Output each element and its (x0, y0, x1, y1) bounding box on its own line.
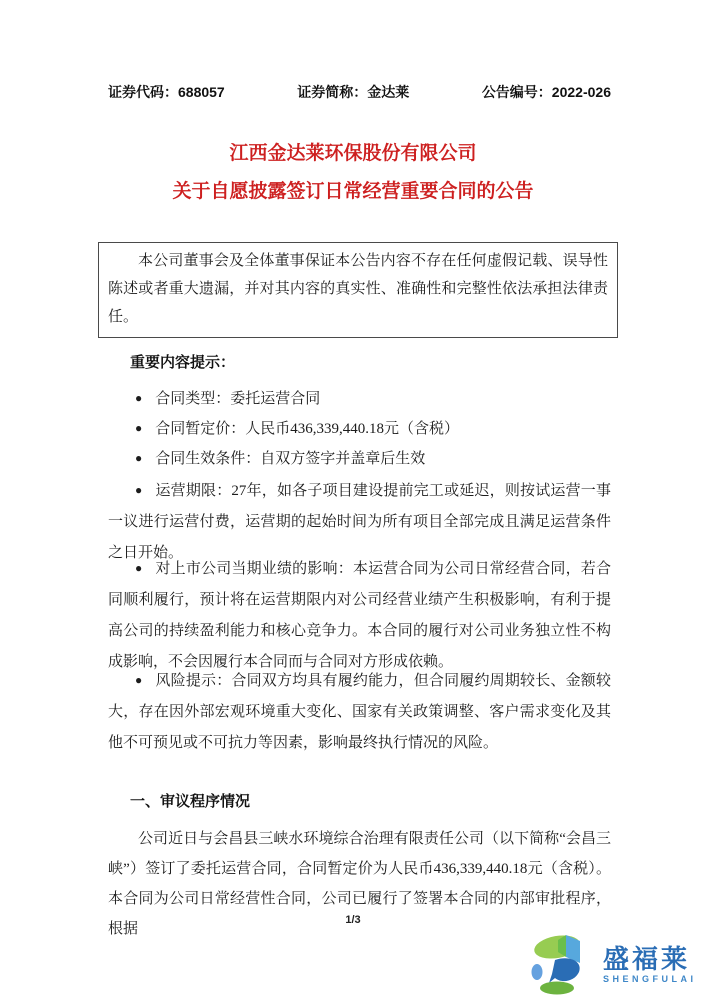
stock-short-name: 证券简称：金达莱 (297, 82, 409, 102)
bullet-contract-type-text: 合同类型：委托运营合同 (155, 391, 320, 407)
hint-bullet-list: ●合同类型：委托运营合同 ●合同暂定价：人民币436,339,440.18元（含… (108, 383, 611, 473)
announcement-subject-title: 关于自愿披露签订日常经营重要合同的公告 (0, 173, 706, 211)
shengfulai-watermark-logo: 盛福莱 SHENGFULAI (527, 932, 697, 996)
page-number: 1/3 (0, 914, 706, 926)
bullet-contract-price-text: 合同暂定价：人民币436,339,440.18元（含税） (155, 421, 459, 437)
bullet-contract-type: ●合同类型：委托运营合同 (108, 383, 611, 413)
disclaimer-text: 本公司董事会及全体董事保证本公告内容不存在任何虚假记载、误导性陈述或者重大遗漏，… (108, 247, 608, 331)
section-1-paragraph: 公司近日与会昌县三峡水环境综合治理有限责任公司（以下简称“会昌三峡”）签订了委托… (108, 824, 611, 944)
bullet-performance-impact: ●对上市公司当期业绩的影响：本运营合同为公司日常经营合同，若合同顺利履行，预计将… (108, 553, 611, 678)
bullet-dot-icon: ● (135, 553, 142, 584)
bullet-performance-impact-text: 对上市公司当期业绩的影响：本运营合同为公司日常经营合同，若合同顺利履行，预计将在… (108, 561, 611, 670)
bullet-dot-icon: ● (135, 475, 142, 506)
bullet-dot-icon: ● (135, 383, 142, 413)
logo-english-name: SHENGFULAI (603, 974, 697, 984)
bullet-contract-price: ●合同暂定价：人民币436,339,440.18元（含税） (108, 413, 611, 443)
important-hints-label: 重要内容提示： (130, 351, 235, 372)
announcement-page: 证券代码：688057 证券简称：金达莱 公告编号：2022-026 江西金达莱… (0, 0, 706, 1000)
announcement-number: 公告编号：2022-026 (482, 82, 611, 102)
bullet-effective-condition: ●合同生效条件：自双方签字并盖章后生效 (108, 443, 611, 473)
stock-code: 证券代码：688057 (108, 82, 225, 102)
document-title: 江西金达莱环保股份有限公司 关于自愿披露签订日常经营重要合同的公告 (0, 135, 706, 211)
bullet-effective-condition-text: 合同生效条件：自双方签字并盖章后生效 (155, 451, 425, 467)
logo-text-block: 盛福莱 SHENGFULAI (603, 945, 697, 984)
shengfulai-logo-icon (527, 932, 601, 996)
bullet-risk-warning-text: 风险提示：合同双方均具有履约能力，但合同履约周期较长、金额较大，存在因外部宏观环… (108, 673, 611, 751)
bullet-dot-icon: ● (135, 413, 142, 443)
section-1-heading: 一、审议程序情况 (130, 790, 250, 811)
securities-header-row: 证券代码：688057 证券简称：金达莱 公告编号：2022-026 (108, 82, 611, 102)
company-name-title: 江西金达莱环保股份有限公司 (0, 135, 706, 173)
bullet-operation-term-text: 运营期限：27年，如各子项目建设提前完工或延迟，则按试运营一事一议进行运营付费，… (108, 483, 611, 561)
bullet-dot-icon: ● (135, 665, 142, 696)
board-disclaimer-box: 本公司董事会及全体董事保证本公告内容不存在任何虚假记载、误导性陈述或者重大遗漏，… (98, 242, 618, 338)
section-1-paragraph-text: 公司近日与会昌县三峡水环境综合治理有限责任公司（以下简称“会昌三峡”）签订了委托… (108, 824, 611, 944)
logo-chinese-name: 盛福莱 (603, 945, 697, 973)
bullet-risk-warning: ●风险提示：合同双方均具有履约能力，但合同履约周期较长、金额较大，存在因外部宏观… (108, 665, 611, 759)
bullet-dot-icon: ● (135, 443, 142, 473)
